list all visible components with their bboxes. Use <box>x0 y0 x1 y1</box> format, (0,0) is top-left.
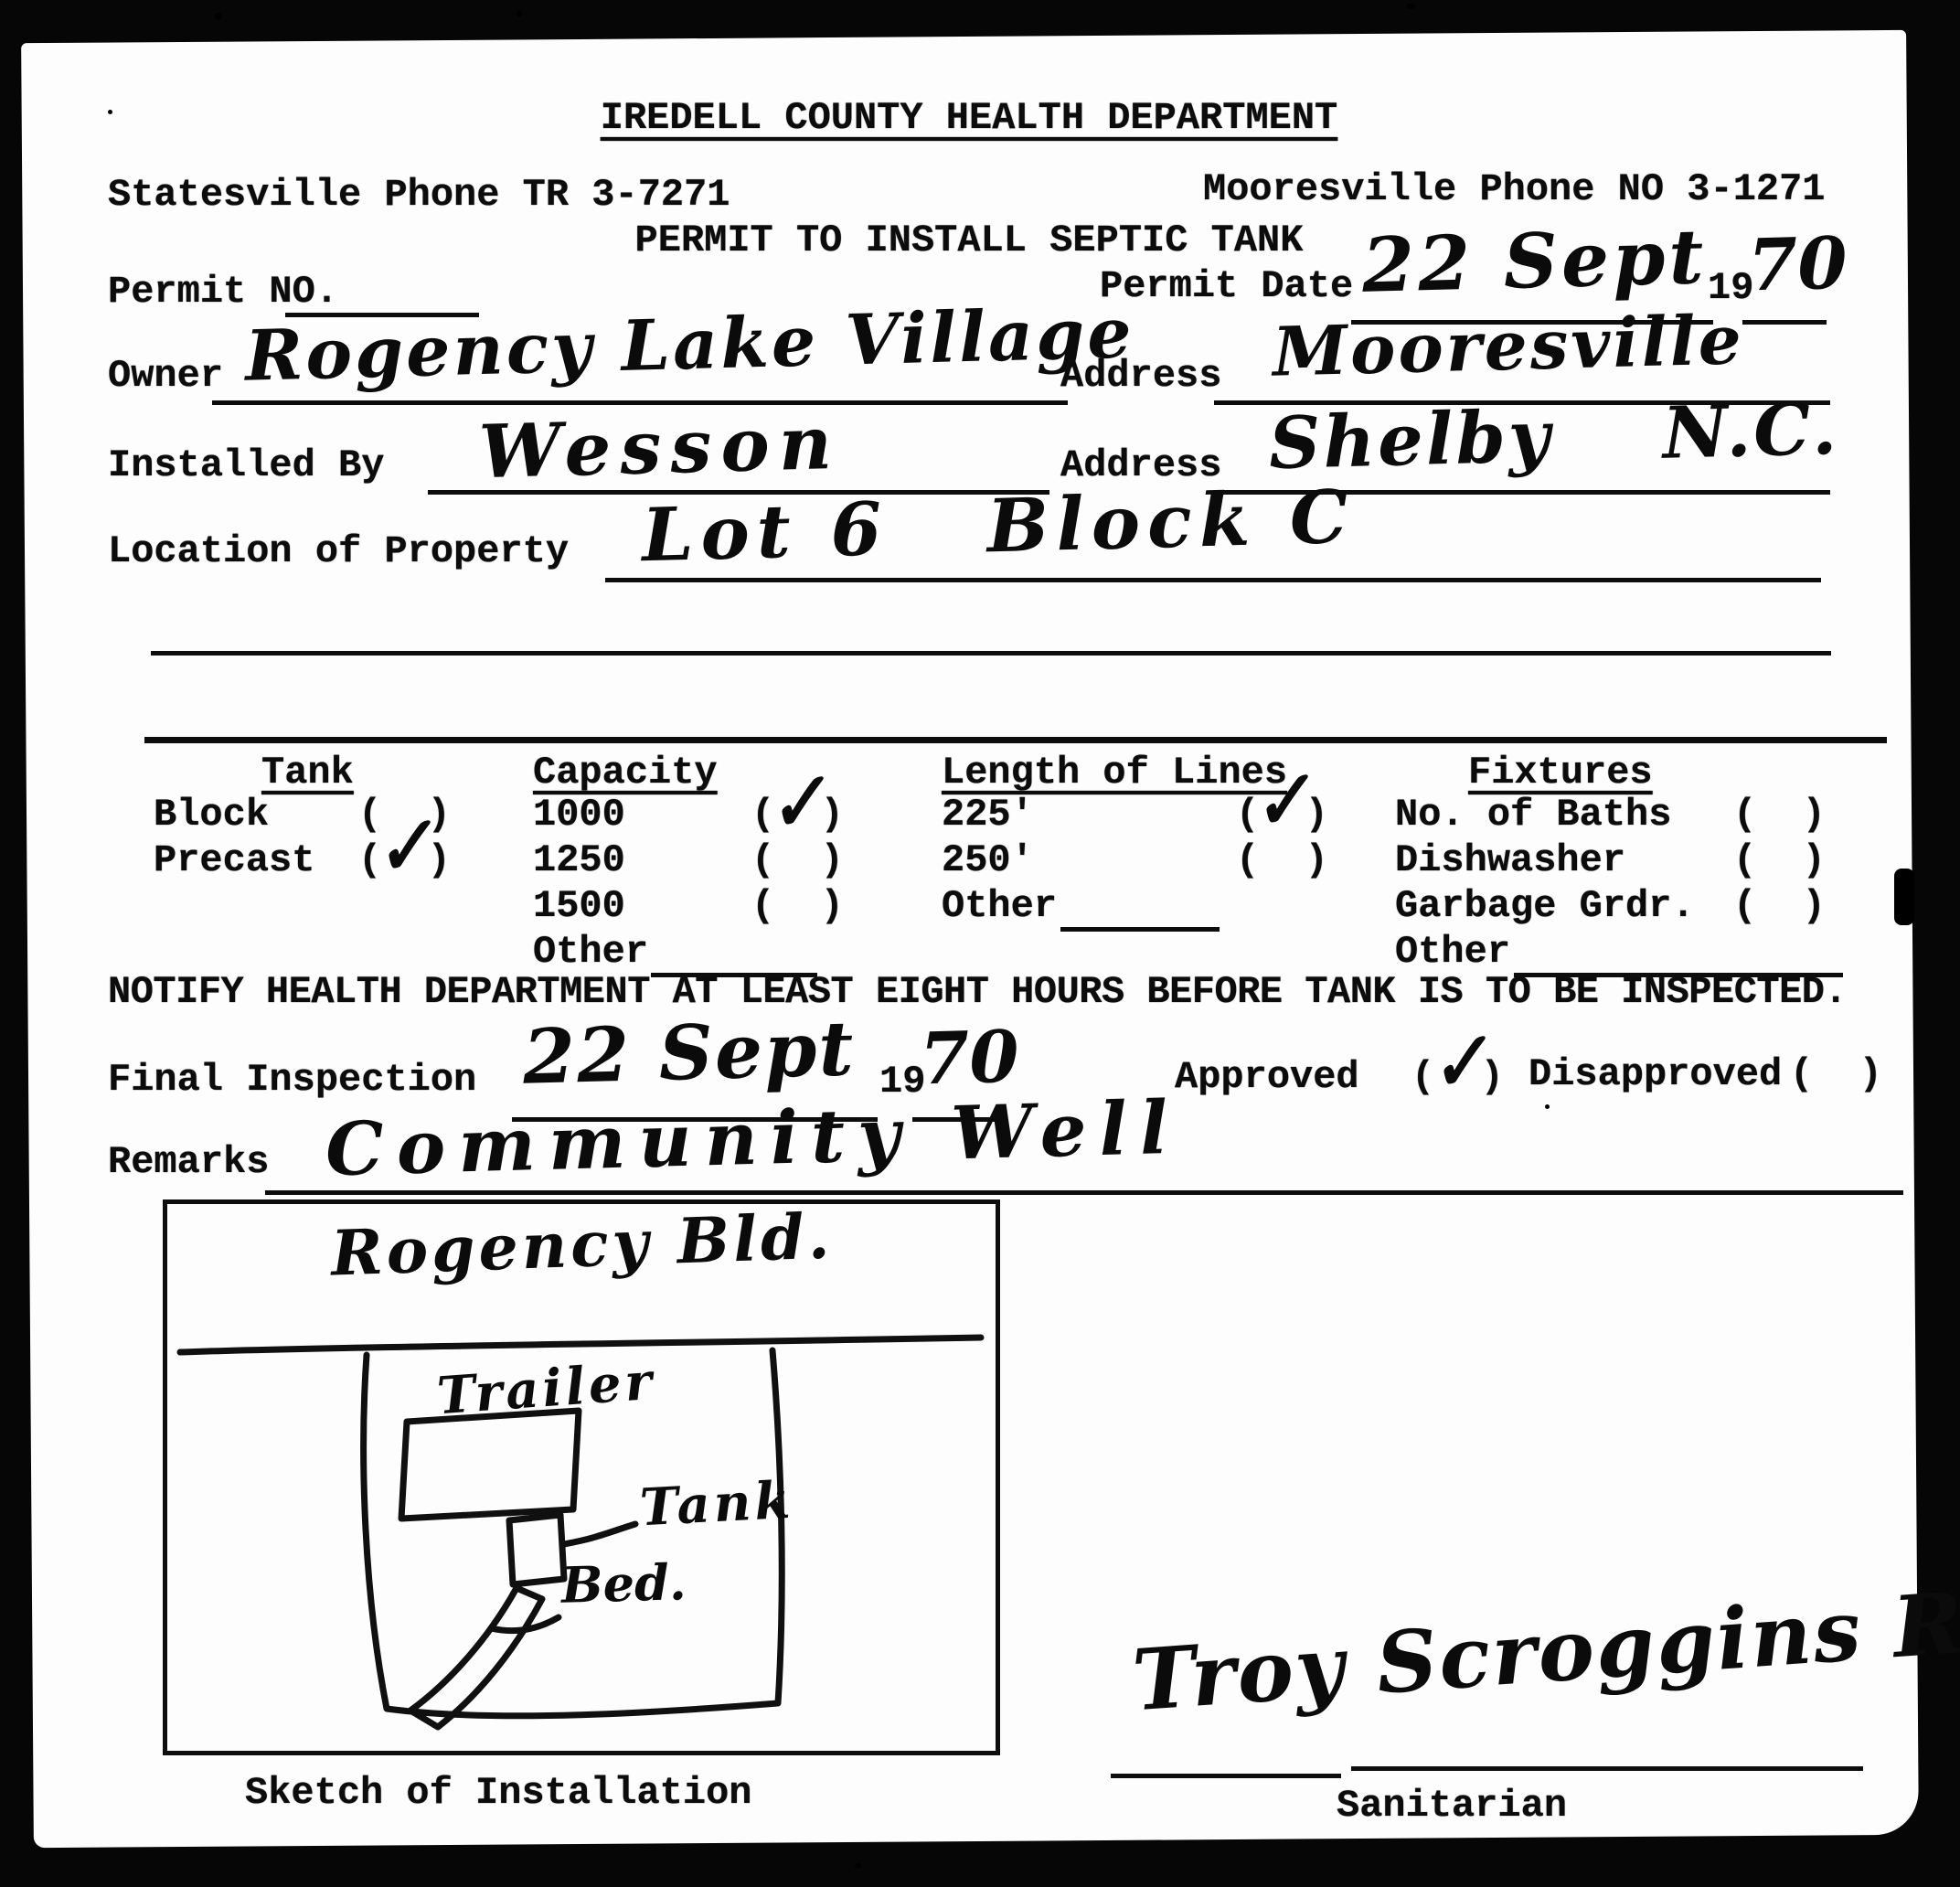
tank-option-block: Block <box>154 794 269 836</box>
capacity-1500: 1500 <box>533 885 625 927</box>
document-title: IREDELL COUNTY HEALTH DEPARTMENT <box>494 97 1444 139</box>
scan-noise <box>517 11 522 16</box>
document-subtitle: PERMIT TO INSTALL SEPTIC TANK <box>494 219 1444 261</box>
scan-noise <box>855 1863 862 1869</box>
bed-shape <box>410 1588 542 1727</box>
installation-sketch <box>167 1204 986 1742</box>
permit-year-line <box>1742 320 1827 325</box>
blank-line <box>151 651 1831 656</box>
permit-date-label: Permit Date <box>1100 265 1353 307</box>
disapproved-checkbox: ( ) <box>1790 1053 1882 1095</box>
scan-noise <box>1406 4 1415 9</box>
signature-line-left <box>1111 1774 1341 1778</box>
lines-250-checkbox: ( ) <box>1236 839 1328 881</box>
remarks-label: Remarks <box>108 1141 269 1183</box>
remarks-line <box>265 1190 1903 1195</box>
fixtures-baths-checkbox: ( ) <box>1733 794 1826 836</box>
permit-year-value: 70 <box>1747 222 1848 308</box>
location-label: Location of Property <box>108 530 569 572</box>
mooresville-phone: Mooresville Phone NO 3-1271 <box>1203 168 1826 210</box>
fixtures-baths: No. of Baths <box>1395 794 1671 836</box>
lines-225: 225' <box>942 794 1034 836</box>
capacity-other: Other <box>533 931 648 973</box>
tank-precast-checkmark: ✓ <box>367 805 441 888</box>
col-header-tank: Tank <box>261 752 354 794</box>
owner-address-label: Address <box>1060 355 1221 397</box>
statesville-phone: Statesville Phone TR 3-7271 <box>108 174 730 216</box>
capacity-1500-checkbox: ( ) <box>751 885 844 927</box>
lines-other-blank <box>1060 927 1220 932</box>
table-top-rule <box>144 737 1887 743</box>
installer-address-value: Shelby N.C. <box>1268 388 1840 485</box>
disapproved-label: Disapproved <box>1529 1053 1782 1095</box>
lines-250: 250' <box>942 839 1034 881</box>
fixtures-other: Other <box>1395 931 1510 973</box>
col-header-capacity: Capacity <box>533 752 718 794</box>
lines-225-checkmark: ✓ <box>1245 760 1318 842</box>
capacity-1250: 1250 <box>533 839 625 881</box>
capacity-1000: 1000 <box>533 794 625 836</box>
fixtures-garbage-checkbox: ( ) <box>1733 885 1826 927</box>
final-inspection-label: Final Inspection <box>108 1059 476 1101</box>
installer-label: Installed By <box>108 444 384 486</box>
trailer-shape <box>401 1411 579 1519</box>
sketch-caption: Sketch of Installation <box>245 1772 752 1814</box>
fixtures-garbage: Garbage Grdr. <box>1395 885 1695 927</box>
sketch-bed-label: Bed. <box>560 1552 687 1615</box>
scan-noise <box>1894 869 1914 925</box>
scan-noise <box>1545 1104 1550 1109</box>
permit-no-label: Permit NO. <box>108 271 338 313</box>
col-header-lines: Length of Lines <box>942 752 1287 794</box>
capacity-1000-checkmark: ✓ <box>761 762 834 844</box>
sketch-tank-label: Tank <box>638 1470 794 1539</box>
tank-shape <box>509 1515 564 1584</box>
tank-connector-line <box>564 1524 635 1544</box>
installer-value: Wesson <box>478 400 842 495</box>
scanned-permit-document: IREDELL COUNTY HEALTH DEPARTMENT Statesv… <box>0 0 1960 1887</box>
fixtures-dishwasher: Dishwasher <box>1395 839 1625 881</box>
tank-option-precast: Precast <box>154 839 314 881</box>
scan-noise <box>215 13 222 20</box>
signature-line-right <box>1351 1766 1863 1771</box>
final-inspection-date: 22 Sept <box>522 1005 857 1101</box>
col-header-fixtures: Fixtures <box>1468 752 1653 794</box>
permit-date-value: 22 Sept <box>1361 213 1709 310</box>
lines-other: Other <box>942 885 1057 927</box>
road-line <box>180 1338 981 1352</box>
sanitarian-label: Sanitarian <box>1337 1785 1567 1827</box>
scan-noise <box>108 110 112 114</box>
notice-text: NOTIFY HEALTH DEPARTMENT AT LEAST EIGHT … <box>108 971 1847 1013</box>
approved-label: Approved <box>1175 1056 1359 1098</box>
location-line <box>605 578 1821 582</box>
fixtures-dishwasher-checkbox: ( ) <box>1733 839 1826 881</box>
owner-label: Owner <box>108 355 223 397</box>
owner-address-value: Mooresville <box>1272 301 1745 391</box>
approved-checkmark: ✓ <box>1422 1021 1496 1103</box>
capacity-1250-checkbox: ( ) <box>751 839 844 881</box>
